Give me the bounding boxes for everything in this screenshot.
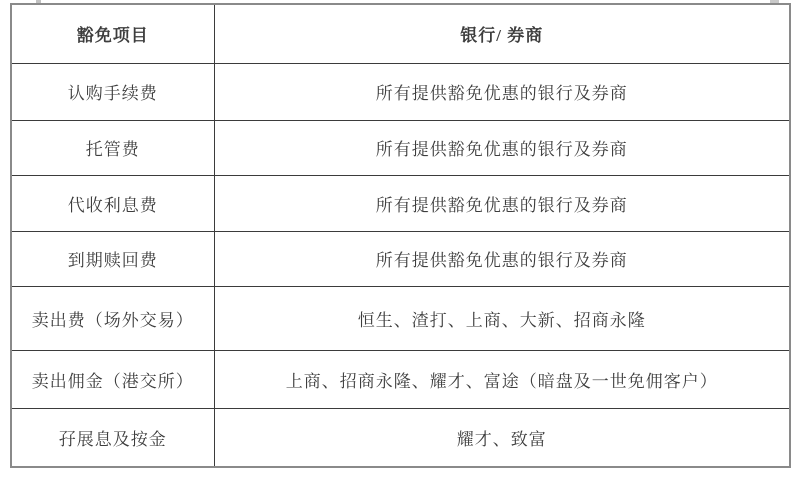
row-item-cell: 代收利息费 (11, 175, 214, 231)
row-providers-cell: 所有提供豁免优惠的银行及券商 (214, 175, 790, 231)
row-providers-cell: 所有提供豁免优惠的银行及券商 (214, 63, 790, 120)
table-row: 孖展息及按金 耀才、致富 (11, 408, 790, 467)
table-row: 代收利息费 所有提供豁免优惠的银行及券商 (11, 175, 790, 231)
row-providers-cell: 耀才、致富 (214, 408, 790, 467)
header-bank-broker: 银行/ 券商 (214, 4, 790, 63)
row-providers-cell: 上商、招商永隆、耀才、富途（暗盘及一世免佣客户） (214, 350, 790, 408)
table-row: 卖出佣金（港交所） 上商、招商永隆、耀才、富途（暗盘及一世免佣客户） (11, 350, 790, 408)
table-header-row: 豁免项目 银行/ 券商 (11, 4, 790, 63)
row-item-cell: 卖出佣金（港交所） (11, 350, 214, 408)
row-item-cell: 卖出费（场外交易） (11, 286, 214, 350)
row-providers-cell: 所有提供豁免优惠的银行及券商 (214, 231, 790, 286)
row-item-cell: 托管费 (11, 120, 214, 175)
table-row: 托管费 所有提供豁免优惠的银行及券商 (11, 120, 790, 175)
row-item-cell: 到期赎回费 (11, 231, 214, 286)
table-row: 认购手续费 所有提供豁免优惠的银行及券商 (11, 63, 790, 120)
row-item-cell: 认购手续费 (11, 63, 214, 120)
row-item-cell: 孖展息及按金 (11, 408, 214, 467)
fee-waiver-table: 豁免项目 银行/ 券商 认购手续费 所有提供豁免优惠的银行及券商 托管费 所有提… (10, 3, 791, 468)
row-providers-cell: 恒生、渣打、上商、大新、招商永隆 (214, 286, 790, 350)
table-row: 卖出费（场外交易） 恒生、渣打、上商、大新、招商永隆 (11, 286, 790, 350)
header-waiver-item: 豁免项目 (11, 4, 214, 63)
row-providers-cell: 所有提供豁免优惠的银行及券商 (214, 120, 790, 175)
table-row: 到期赎回费 所有提供豁免优惠的银行及券商 (11, 231, 790, 286)
